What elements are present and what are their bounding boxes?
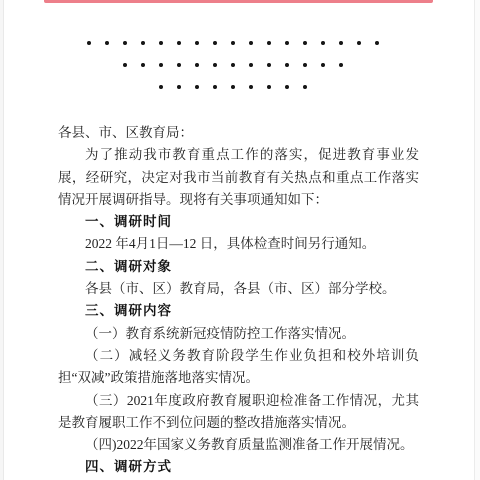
salutation: 各县、市、区教育局：: [58, 122, 419, 144]
redacted-char-dot: [177, 63, 181, 67]
redacted-char-dot: [303, 85, 307, 89]
notice-body: 各县、市、区教育局： 为了推动我市教育重点工作的落实，促进教育事业发展，经研究，…: [58, 122, 419, 479]
redacted-title-row: [0, 85, 473, 89]
header-banner-bottom-edge: [44, 0, 433, 3]
redacted-char-dot: [213, 41, 217, 45]
redacted-char-dot: [159, 85, 163, 89]
redacted-char-dot: [231, 63, 235, 67]
redacted-char-dot: [303, 41, 307, 45]
page-right-edge: [474, 0, 480, 480]
redacted-char-dot: [195, 63, 199, 67]
redacted-char-dot: [357, 41, 361, 45]
redacted-title-dots: [0, 41, 473, 107]
redacted-char-dot: [87, 41, 91, 45]
redacted-char-dot: [285, 41, 289, 45]
redacted-char-dot: [195, 85, 199, 89]
redacted-char-dot: [177, 41, 181, 45]
redacted-char-dot: [231, 85, 235, 89]
redacted-char-dot: [231, 41, 235, 45]
section-3-item-4: （四)2022年国家义务教育质量监测准备工作开展情况。: [58, 434, 419, 456]
redacted-char-dot: [267, 41, 271, 45]
section-1-paragraph: 2022 年4月1日—12 日，具体检查时间另行通知。: [58, 233, 419, 255]
section-3-item-3: （三）2021年度政府教育履职迎检准备工作情况，尤其是教育履职工作不到位问题的整…: [58, 390, 419, 435]
intro-paragraph: 为了推动我市教育重点工作的落实，促进教育事业发展，经研究，决定对我市当前教育有关…: [58, 144, 419, 211]
redacted-char-dot: [249, 63, 253, 67]
section-heading-2: 二、调研对象: [58, 256, 419, 278]
redacted-char-dot: [159, 41, 163, 45]
redacted-char-dot: [213, 85, 217, 89]
section-heading-3: 三、调研内容: [58, 300, 419, 322]
redacted-char-dot: [105, 41, 109, 45]
redacted-char-dot: [249, 85, 253, 89]
redacted-char-dot: [267, 63, 271, 67]
redacted-char-dot: [195, 41, 199, 45]
document-page: 各县、市、区教育局： 为了推动我市教育重点工作的落实，促进教育事业发展，经研究，…: [0, 0, 480, 480]
section-heading-1: 一、调研时间: [58, 211, 419, 233]
section-heading-4: 四、调研方式: [58, 456, 419, 478]
redacted-char-dot: [249, 41, 253, 45]
redacted-char-dot: [339, 63, 343, 67]
redacted-char-dot: [177, 85, 181, 89]
redacted-title-row: [0, 63, 473, 67]
redacted-char-dot: [285, 63, 289, 67]
section-3-item-1: （一）教育系统新冠疫情防控工作落实情况。: [58, 323, 419, 345]
redacted-char-dot: [285, 85, 289, 89]
redacted-char-dot: [303, 63, 307, 67]
redacted-title-row: [0, 41, 473, 45]
section-3-item-2: （二）减轻义务教育阶段学生作业负担和校外培训负担“双减”政策措施落地落实情况。: [58, 345, 419, 390]
redacted-char-dot: [123, 63, 127, 67]
redacted-char-dot: [375, 41, 379, 45]
redacted-char-dot: [339, 41, 343, 45]
redacted-char-dot: [159, 63, 163, 67]
redacted-char-dot: [141, 63, 145, 67]
redacted-char-dot: [321, 63, 325, 67]
redacted-char-dot: [123, 41, 127, 45]
redacted-char-dot: [141, 41, 145, 45]
section-2-paragraph: 各县（市、区）教育局，各县（市、区）部分学校。: [58, 278, 419, 300]
redacted-char-dot: [267, 85, 271, 89]
redacted-char-dot: [213, 63, 217, 67]
redacted-char-dot: [321, 41, 325, 45]
